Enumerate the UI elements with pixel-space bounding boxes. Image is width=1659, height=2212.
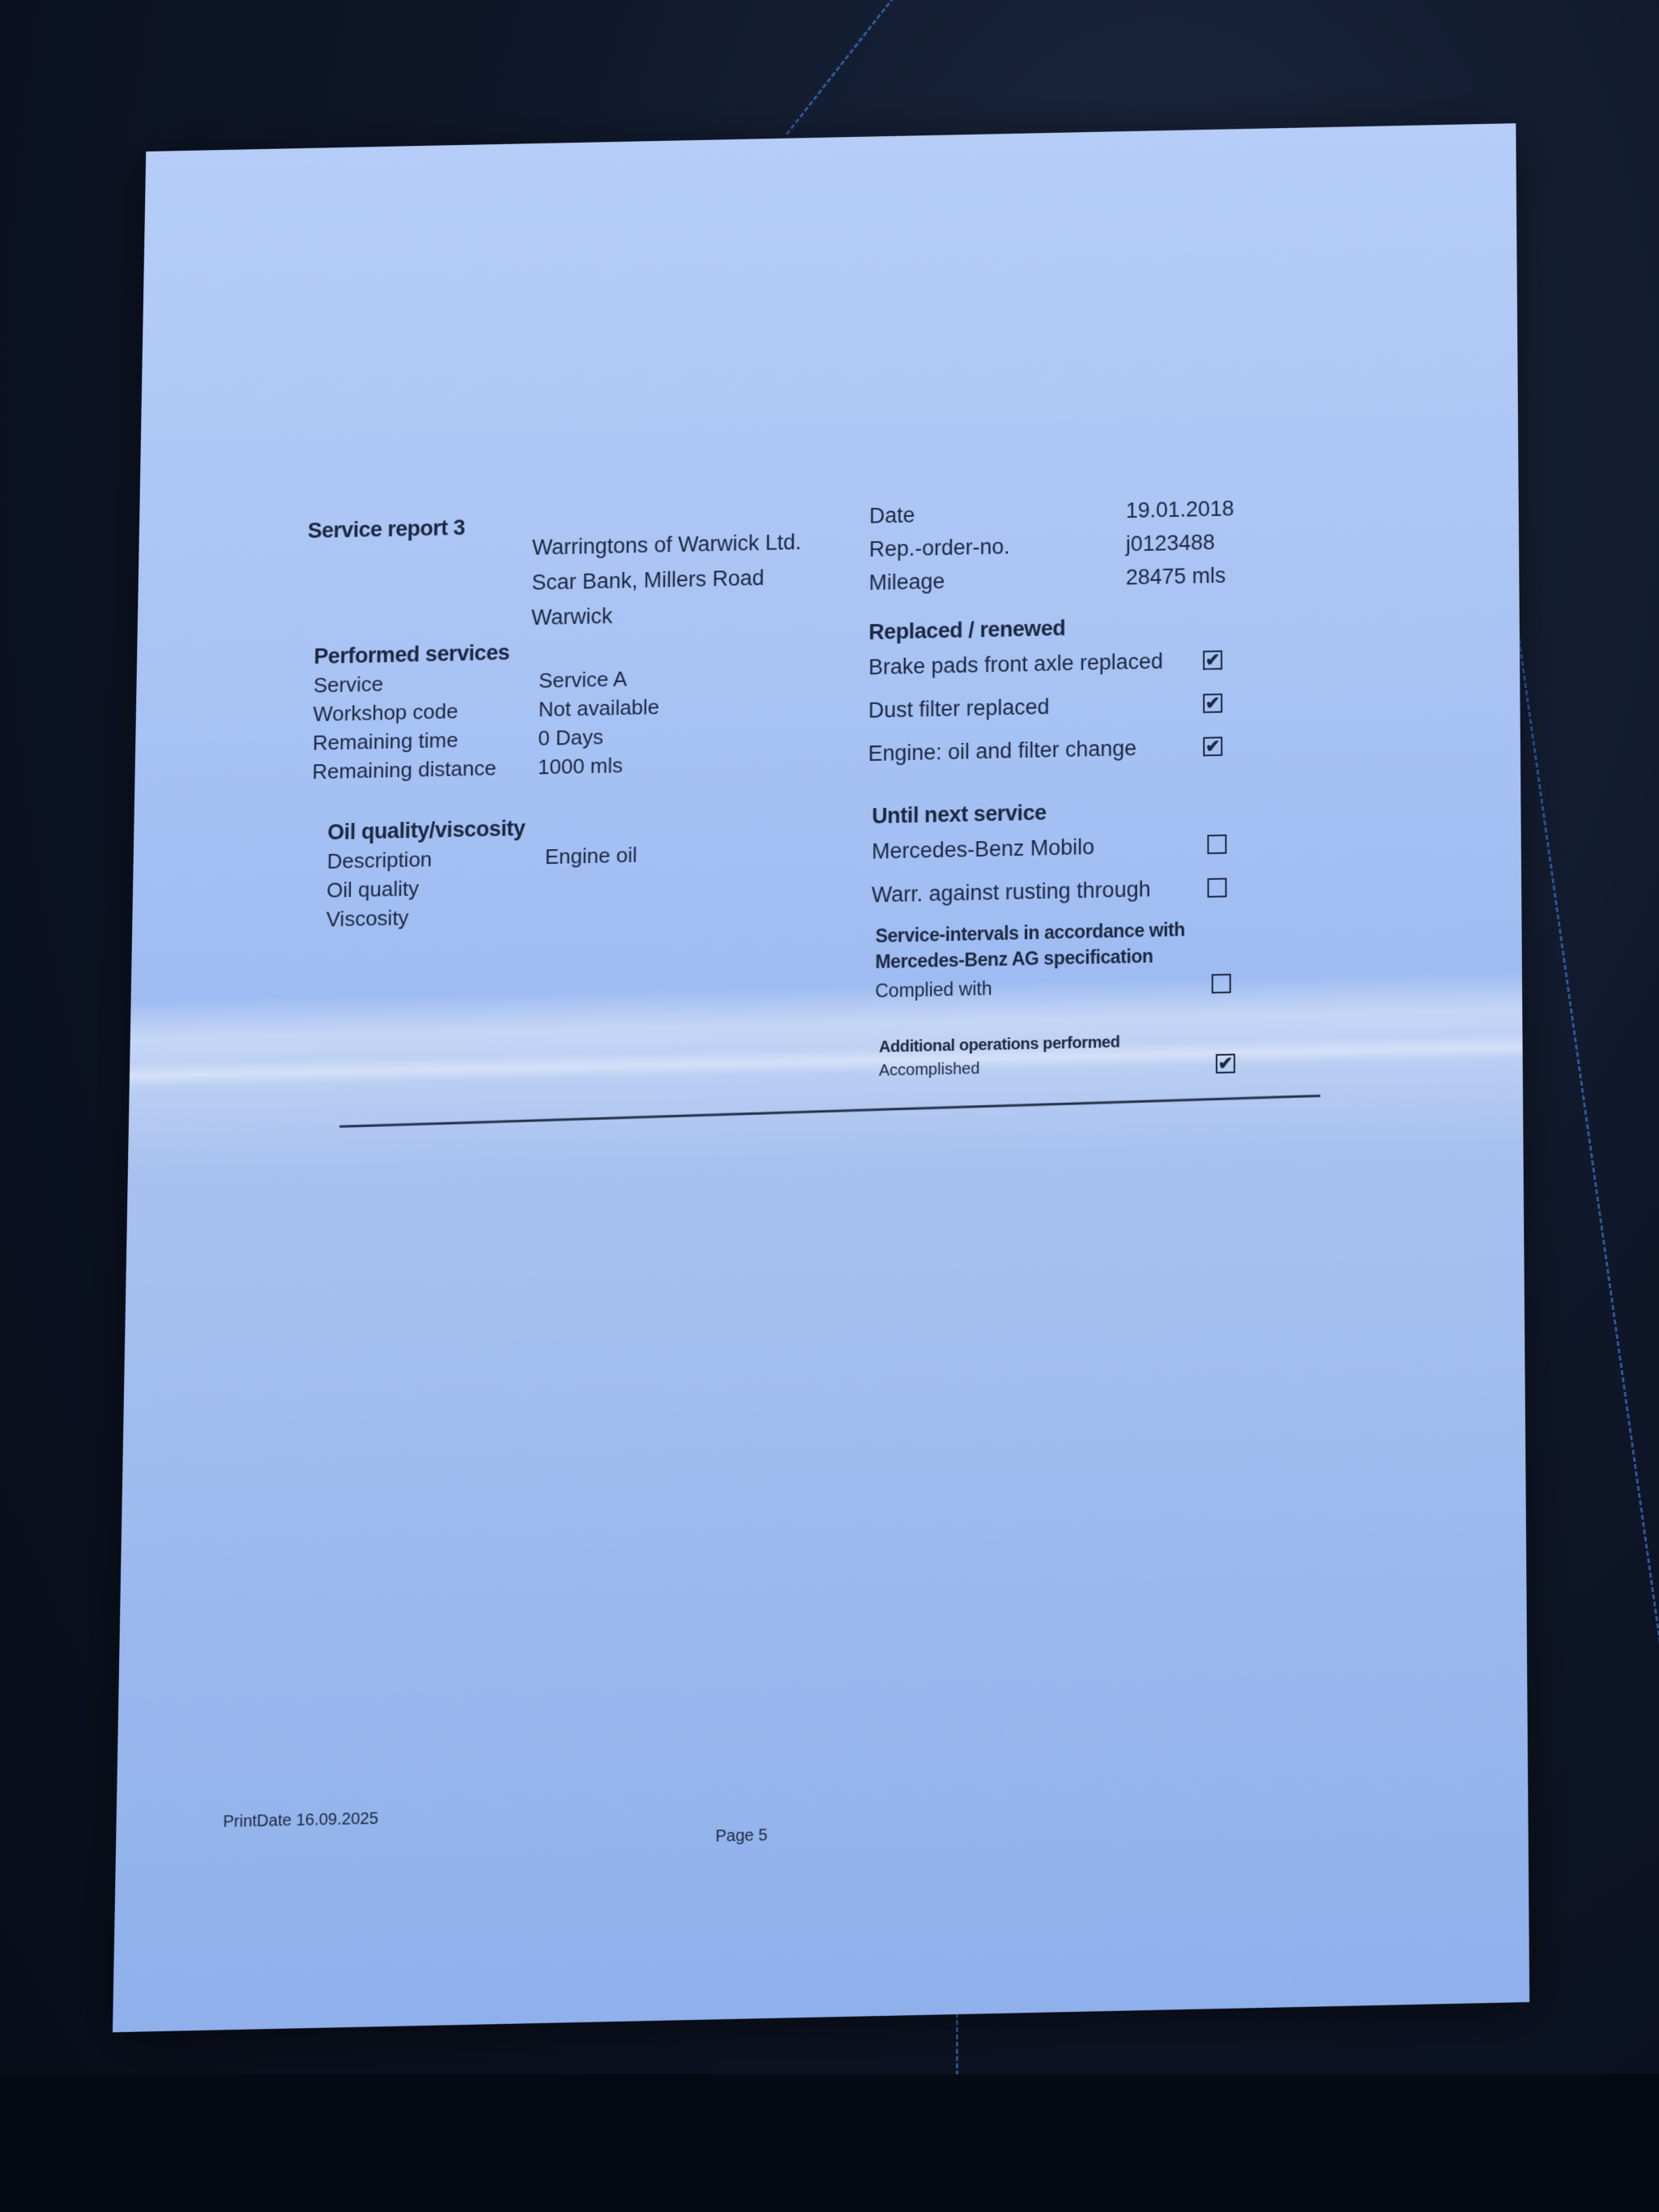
checkbox-checked-icon: ✔ — [1216, 1053, 1235, 1073]
field-label: Oil quality — [326, 871, 545, 904]
check-label: Engine: oil and filter change — [868, 727, 1137, 775]
additional-operations-section: Additional operations performed Accompli… — [879, 1028, 1235, 1083]
service-intervals-section: Service-intervals in accordance with Mer… — [875, 916, 1230, 1007]
field-value: Engine oil — [545, 840, 638, 871]
dealer-address: Warringtons of Warwick Ltd. Scar Bank, M… — [531, 524, 802, 635]
check-label: Mercedes-Benz Mobilo — [872, 825, 1094, 873]
meta-value: 28475 mls — [1126, 558, 1226, 594]
field-label: Viscosity — [326, 900, 544, 933]
check-label: Brake pads front axle replaced — [868, 639, 1163, 689]
check-label: Accomplished — [879, 1057, 980, 1083]
checkbox-empty-icon — [1207, 878, 1226, 897]
oil-viscosity-row: Viscosity — [326, 899, 637, 934]
dealer-city: Warwick — [531, 595, 801, 635]
oil-quality-section: Oil quality/viscosity Description Engine… — [326, 811, 638, 933]
meta-label: Mileage — [869, 561, 1126, 600]
check-item: Brake pads front axle replaced ✔ — [868, 638, 1222, 689]
field-value: Service A — [539, 664, 627, 695]
field-label: Remaining distance — [312, 753, 538, 786]
check-item: Warr. against rusting through — [872, 866, 1227, 917]
checkbox-checked-icon: ✔ — [1203, 651, 1222, 670]
field-label: Remaining time — [313, 724, 539, 757]
check-item: Complied with — [875, 967, 1230, 1007]
checkbox-empty-icon — [1212, 974, 1231, 993]
report-title: Service report 3 — [308, 515, 466, 543]
meta-value: 19.01.2018 — [1126, 492, 1235, 527]
report-meta: Date 19.01.2018 Rep.-order-no. j0123488 … — [869, 492, 1235, 600]
seat-stitching — [786, 0, 917, 135]
check-item: Mercedes-Benz Mobilo — [872, 822, 1226, 873]
field-label: Service — [313, 666, 539, 699]
field-value: Not available — [538, 693, 659, 724]
check-item: Dust filter replaced ✔ — [868, 681, 1222, 732]
replaced-renewed-section: Replaced / renewed Brake pads front axle… — [868, 611, 1223, 775]
field-label: Description — [326, 842, 544, 875]
check-label: Dust filter replaced — [868, 685, 1050, 732]
checkbox-empty-icon — [1207, 835, 1226, 854]
meta-mileage: Mileage 28475 mls — [869, 558, 1235, 600]
until-next-service-section: Until next service Mercedes-Benz Mobilo … — [872, 795, 1227, 916]
field-value: 1000 mls — [538, 751, 623, 782]
service-report-paper: Service report 3 Warringtons of Warwick … — [113, 123, 1529, 2032]
check-item: Engine: oil and filter change ✔ — [868, 724, 1223, 775]
check-label: Warr. against rusting through — [872, 868, 1151, 917]
divider-line — [339, 1095, 1320, 1128]
checkbox-checked-icon: ✔ — [1203, 737, 1222, 756]
field-value: 0 Days — [538, 723, 603, 753]
paper-fold — [130, 1035, 1523, 1088]
meta-label: Date — [869, 494, 1126, 533]
dealer-street: Scar Bank, Millers Road — [531, 560, 801, 600]
checkbox-checked-icon: ✔ — [1203, 694, 1222, 713]
meta-label: Rep.-order-no. — [869, 527, 1126, 566]
meta-value: j0123488 — [1126, 526, 1215, 561]
page-number: Page 5 — [715, 1826, 767, 1847]
performed-services-section: Performed services Service Service A Wor… — [312, 635, 660, 787]
remaining-distance-row: Remaining distance 1000 mls — [312, 750, 659, 787]
field-label: Workshop code — [313, 695, 539, 728]
dealer-name: Warringtons of Warwick Ltd. — [532, 524, 802, 565]
check-label: Complied with — [875, 972, 992, 1007]
print-date: PrintDate 16.09.2025 — [223, 1809, 378, 1832]
seat-cushion — [0, 2074, 1659, 2212]
